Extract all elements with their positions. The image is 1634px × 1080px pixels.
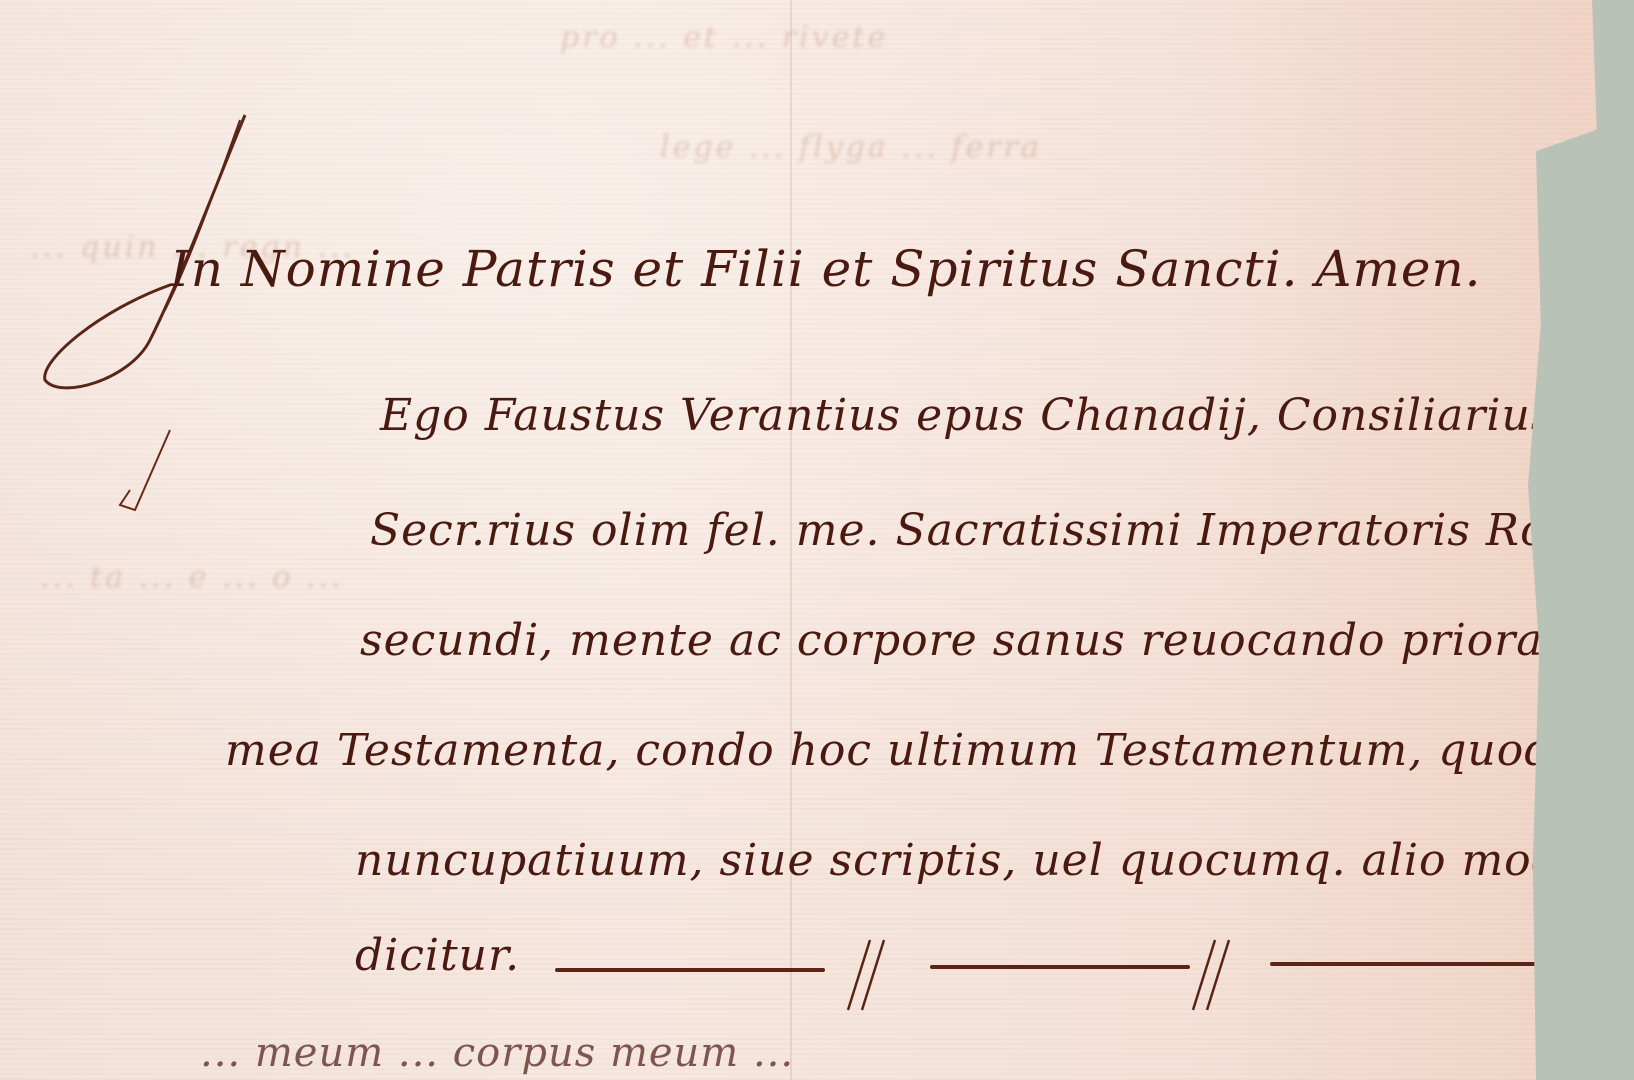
bleed-through-text: ... ta ... e ... o ... bbox=[40, 560, 343, 595]
manuscript-photo: pro ... et ... rivete lege ... flyga ...… bbox=[0, 0, 1634, 1080]
manuscript-line-2: Ego Faustus Verantius epus Chanadij, Con… bbox=[380, 390, 1615, 441]
double-slash-icon bbox=[1185, 935, 1235, 1015]
bleed-through-text: lege ... flyga ... ferra bbox=[660, 130, 1042, 165]
manuscript-line-7: dicitur. bbox=[355, 930, 520, 981]
separator-dash bbox=[1270, 962, 1550, 966]
double-slash-icon bbox=[840, 935, 890, 1015]
manuscript-line-8-partial: ... meum ... corpus meum ... bbox=[200, 1030, 794, 1076]
manuscript-line-4: secundi, mente ac corpore sanus reuocand… bbox=[360, 615, 1544, 666]
separator-dash bbox=[555, 968, 825, 972]
bleed-through-text: pro ... et ... rivete bbox=[560, 20, 888, 55]
manuscript-line-6: nuncupatiuum, siue scriptis, uel quocumq… bbox=[355, 835, 1588, 886]
manuscript-line-5: mea Testamenta, condo hoc ultimum Testam… bbox=[225, 725, 1553, 776]
manuscript-line-1: In Nomine Patris et Filii et Spiritus Sa… bbox=[170, 240, 1482, 298]
paper-sheet: pro ... et ... rivete lege ... flyga ...… bbox=[0, 0, 1600, 1080]
manuscript-line-3: Secr.rius olim fel. me. Sacratissimi Imp… bbox=[370, 505, 1634, 556]
separator-dash bbox=[930, 965, 1190, 969]
margin-mark-icon bbox=[110, 425, 190, 525]
